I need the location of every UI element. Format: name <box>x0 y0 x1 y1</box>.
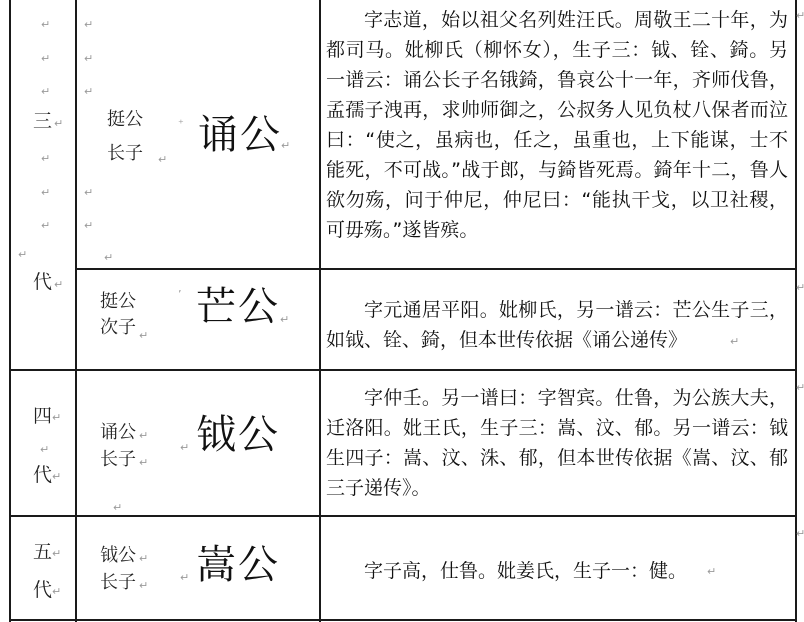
paragraph-mark: ↵ <box>796 382 804 393</box>
relation-label: 挺公 <box>100 288 136 316</box>
paragraph-mark: ↵ <box>41 220 50 231</box>
paragraph-mark: ↵ <box>52 471 61 482</box>
paragraph-mark: ↵ <box>180 442 189 453</box>
generation-label: 三 <box>33 111 52 131</box>
paragraph-mark: ↵ <box>707 566 716 577</box>
relation-label: 钺公 <box>100 542 136 570</box>
anchor-mark: ⁺ <box>178 118 184 129</box>
row-divider-2 <box>9 369 797 371</box>
paragraph-mark: ↵ <box>84 86 93 97</box>
table-divider-col2 <box>319 0 321 622</box>
row-divider-3 <box>9 515 797 517</box>
paragraph-mark: ↵ <box>139 430 148 441</box>
document-page: ↵ ↵ ↵ 三 ↵ ↵ ↵ ↵ ↵ 代 ↵ ↵ ↵ ↵ 挺公 长子 ↵ ⁺ ↵ … <box>0 0 804 622</box>
paragraph-mark: ↵ <box>52 586 61 597</box>
paragraph-mark: ↵ <box>730 336 739 347</box>
paragraph-mark: ↵ <box>52 412 61 423</box>
generation-label: 代 <box>33 580 52 600</box>
paragraph-mark: ↵ <box>113 502 122 513</box>
paragraph-mark: ↵ <box>180 572 189 583</box>
biography-text: 字子高，仕鲁。妣姜氏，生子一：健。 <box>326 556 788 586</box>
person-name: 诵公 <box>198 114 282 156</box>
paragraph-mark: ↵ <box>54 118 63 129</box>
row-divider-4 <box>9 619 797 621</box>
paragraph-mark: ↵ <box>280 314 289 325</box>
paragraph-mark: ↵ <box>84 187 93 198</box>
generation-label: 四 <box>33 406 52 426</box>
paragraph-mark: ↵ <box>54 279 63 290</box>
relation-label: 长子 <box>100 446 136 474</box>
person-name: 芒公 <box>196 286 280 328</box>
relation-label: 长子 <box>107 140 143 168</box>
biography-text: 字元通居平阳。妣柳氏，另一谱云：芒公生子三，如钺、铨、錡，但本世传依据《诵公递传… <box>326 295 788 355</box>
paragraph-mark: ↵ <box>104 252 113 263</box>
generation-label: 代 <box>33 465 52 485</box>
relation-label: 挺公 <box>107 106 143 134</box>
paragraph-mark: ↵ <box>796 10 804 21</box>
paragraph-mark: ↵ <box>84 220 93 231</box>
paragraph-mark: ↵ <box>139 553 148 564</box>
paragraph-mark: ↵ <box>796 528 804 539</box>
relation-label: 次子 <box>100 314 136 342</box>
anchor-mark: ʼ <box>178 289 182 300</box>
paragraph-mark: ↵ <box>281 140 290 151</box>
table-divider-col1 <box>75 0 77 622</box>
paragraph-mark: ↵ <box>40 444 49 455</box>
biography-text: 字仲壬。另一谱曰：字智宾。仕鲁，为公族大夫，迁洛阳。妣王氏，生子三：嵩、汶、郁。… <box>326 383 788 503</box>
paragraph-mark: ↵ <box>41 187 50 198</box>
paragraph-mark: ↵ <box>18 249 27 260</box>
paragraph-mark: ↵ <box>796 282 804 293</box>
paragraph-mark: ↵ <box>41 53 50 64</box>
table-border-left <box>9 0 11 622</box>
relation-label: 诵公 <box>100 419 136 447</box>
paragraph-mark: ↵ <box>139 457 148 468</box>
paragraph-mark: ↵ <box>139 580 148 591</box>
paragraph-mark: ↵ <box>84 19 93 30</box>
generation-label: 五 <box>33 542 52 562</box>
person-name: 钺公 <box>196 414 280 456</box>
relation-label: 长子 <box>100 569 136 597</box>
generation-label: 代 <box>33 272 52 292</box>
paragraph-mark: ↵ <box>41 19 50 30</box>
row-divider-1 <box>75 268 797 270</box>
paragraph-mark: ↵ <box>84 53 93 64</box>
biography-text: 字志道，始以祖父名列姓汪氏。周敬王二十年，为都司马。妣柳氏（柳怀女），生子三：钺… <box>326 5 788 245</box>
paragraph-mark: ↵ <box>52 548 61 559</box>
paragraph-mark: ↵ <box>139 330 148 341</box>
paragraph-mark: ↵ <box>41 153 50 164</box>
paragraph-mark: ↵ <box>158 154 167 165</box>
person-name: 嵩公 <box>196 544 280 586</box>
paragraph-mark: ↵ <box>41 86 50 97</box>
